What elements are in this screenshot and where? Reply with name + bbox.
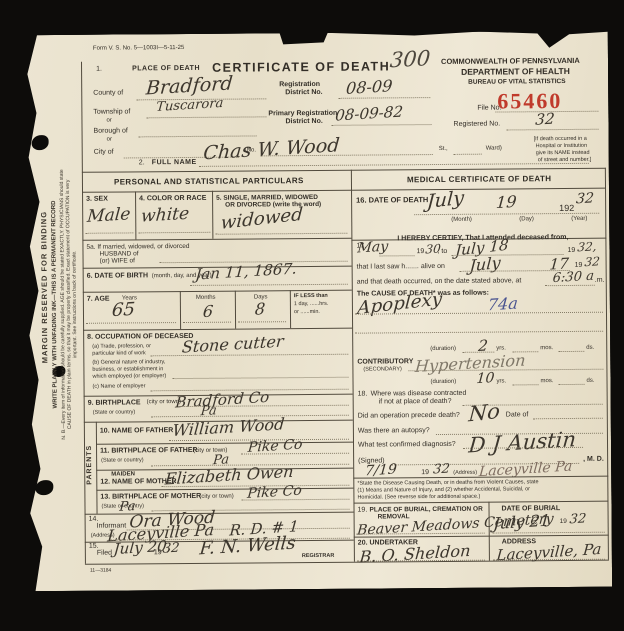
township-value: Tuscarora bbox=[156, 96, 224, 115]
days-cell-line bbox=[238, 320, 286, 322]
row-line bbox=[82, 238, 351, 241]
race-label: 4. COLOR OR RACE bbox=[139, 195, 206, 203]
cause-line-2 bbox=[355, 330, 603, 334]
photo-backdrop: MARGIN RESERVED FOR BINDING WRITE PLAINL… bbox=[0, 0, 624, 631]
if-less-label-2: 1 day, ......hrs. bbox=[294, 301, 328, 307]
item18-number: 18. bbox=[358, 391, 368, 398]
burial-year-value: 32 bbox=[569, 511, 587, 527]
sign-addr-sub: (Address) bbox=[453, 470, 477, 476]
burial-column-line bbox=[488, 502, 489, 561]
commonwealth-line: COMMONWEALTH OF PENNSYLVANIA bbox=[441, 56, 580, 66]
parents-column-line bbox=[96, 422, 98, 514]
lastsaw-year-printed: 19 bbox=[575, 262, 583, 269]
dod-day-value: 19 bbox=[495, 192, 517, 212]
occupation-a-label-2: particular kind of work bbox=[92, 350, 146, 356]
secondary-label: (SECONDARY) bbox=[363, 366, 401, 372]
occupation-b-label-3: which employed (or employer) bbox=[92, 373, 166, 380]
age-label: 7. AGE bbox=[87, 296, 110, 303]
day-sub: (Day) bbox=[519, 216, 534, 222]
mother-bp-city-sub: (city or town) bbox=[199, 494, 233, 500]
mother-birthplace-label: 13. BIRTHPLACE OF MOTHER bbox=[100, 493, 201, 501]
row-line bbox=[96, 488, 353, 491]
contributory-value: Hypertension bbox=[414, 350, 526, 376]
father-bp-state-sub: (State or country) bbox=[101, 457, 144, 463]
or-label-1: or bbox=[106, 118, 111, 124]
age-line bbox=[86, 321, 176, 324]
margin-binding-text: MARGIN RESERVED FOR BINDING bbox=[38, 67, 50, 507]
item5a-number: 5a. bbox=[86, 244, 95, 251]
filed-year-value: 32 bbox=[162, 541, 180, 557]
death-time-line bbox=[545, 284, 595, 286]
contributory-label: CONTRIBUTORY bbox=[357, 358, 413, 365]
dob-label: 6. DATE OF BIRTH bbox=[87, 272, 148, 279]
am-pm-label: .m. bbox=[595, 277, 605, 284]
primary-value: 08-09-82 bbox=[335, 103, 404, 125]
duration-label: (duration) bbox=[430, 346, 456, 352]
item19-number: 19. bbox=[358, 507, 368, 514]
regdist-label-2: District No. bbox=[285, 89, 322, 96]
footnote-line-3: Homicidal. (See reverse side for additio… bbox=[357, 494, 480, 501]
row-line bbox=[96, 442, 353, 445]
hospital-note-2: Hospital or Institution bbox=[536, 143, 587, 149]
full-name-value: Chas W. Wood bbox=[202, 134, 340, 164]
maiden-label: MAIDEN bbox=[111, 471, 135, 477]
place-of-death-label: PLACE OF DEATH bbox=[132, 65, 200, 73]
primary-label-2: District No. bbox=[285, 118, 322, 125]
race-value: white bbox=[140, 204, 190, 227]
occupation-c-label: (c) Name of employer bbox=[93, 383, 146, 389]
section-title-line bbox=[82, 188, 606, 193]
cell-line bbox=[212, 191, 213, 239]
full-name-label: FULL NAME bbox=[152, 159, 197, 166]
father-label: 10. NAME OF FATHER bbox=[100, 427, 173, 435]
occupation-a-line bbox=[150, 353, 348, 357]
father-birthplace-label: 11. BIRTHPLACE OF FATHER bbox=[100, 447, 198, 455]
cell-line bbox=[135, 191, 136, 239]
section-top-line bbox=[82, 168, 606, 173]
item2-number: 2. bbox=[139, 159, 145, 166]
lastsaw-year-value: 32 bbox=[584, 254, 600, 269]
duration2-label: (duration) bbox=[431, 379, 457, 385]
or-label-2: or bbox=[107, 137, 112, 143]
occupation-b-line bbox=[172, 376, 348, 379]
if-less-label-1: IF LESS than bbox=[294, 293, 328, 299]
borough-label: Borough of bbox=[94, 127, 128, 134]
filed-year-printed: 19 bbox=[154, 549, 162, 556]
test-label: What test confirmed diagnosis? bbox=[358, 441, 456, 449]
primary-line bbox=[331, 123, 431, 126]
row-line bbox=[83, 328, 352, 331]
primary-label-1: Primary Registration bbox=[268, 110, 337, 118]
footnote-line-2: (1) Means and Nature of Injury, and (2) … bbox=[357, 486, 530, 493]
month-sub: (Month) bbox=[451, 217, 472, 223]
mos2-label: mos. bbox=[540, 378, 553, 384]
item1-number: 1. bbox=[96, 66, 102, 73]
handwritten-300: 300 bbox=[389, 46, 431, 72]
informant-number: 14. bbox=[89, 516, 99, 523]
if-less-label-3: or ......min. bbox=[294, 309, 320, 315]
to-year-value: 32, bbox=[577, 239, 597, 254]
sign-year-value: 32 bbox=[433, 461, 451, 477]
row-line bbox=[353, 501, 608, 504]
contributory-line bbox=[408, 368, 603, 372]
autopsy-label: Was there an autopsy? bbox=[358, 427, 430, 435]
regdist-label-1: Registration bbox=[279, 81, 320, 88]
county-label: County of bbox=[93, 89, 123, 96]
age-days-value: 8 bbox=[254, 299, 266, 319]
township-label: Township of bbox=[93, 108, 130, 115]
duration2-value: 10 bbox=[476, 370, 495, 387]
dod-line bbox=[414, 212, 599, 215]
sex-line bbox=[85, 231, 133, 233]
physician-signature: D J Austin bbox=[468, 427, 577, 457]
father-value: William Wood bbox=[172, 414, 285, 440]
birthplace-state-sub: (State or country) bbox=[93, 409, 136, 415]
hospital-note-1: [If death occurred in a bbox=[534, 136, 587, 142]
mos-label: mos. bbox=[540, 345, 553, 351]
footer-form-code: 11—3184 bbox=[90, 568, 111, 574]
personal-section-title: PERSONAL AND STATISTICAL PARTICULARS bbox=[114, 176, 304, 186]
cell-line bbox=[290, 290, 291, 328]
registered-no-line bbox=[507, 128, 599, 131]
yrs-label: yrs. bbox=[496, 345, 506, 351]
death-occurred-label: and that death occurred, on the date sta… bbox=[357, 277, 522, 285]
duration2-line-c bbox=[559, 383, 585, 385]
regdist-value: 08-09 bbox=[345, 76, 393, 98]
occupation-label: 8. OCCUPATION OF DECEASED bbox=[87, 333, 193, 341]
sex-label: 3. SEX bbox=[86, 196, 108, 203]
sign-year-printed: 19 bbox=[421, 469, 429, 476]
dob-value: Jan 11, 1867. bbox=[195, 259, 298, 283]
race-line bbox=[138, 231, 210, 234]
age-years-value: 65 bbox=[111, 299, 136, 321]
date-of-death-label: 16. DATE OF DEATH bbox=[356, 195, 428, 205]
registered-no-value: 32 bbox=[535, 110, 556, 129]
ward-label: Ward) bbox=[486, 146, 502, 152]
operation-label: Did an operation precede death? bbox=[358, 412, 460, 420]
wife-label: (or) WIFE of bbox=[100, 257, 135, 264]
regdist-line bbox=[338, 96, 430, 99]
registered-no-label: Registered No. bbox=[453, 121, 500, 128]
registrar-signature: F. N. Wells bbox=[199, 533, 297, 560]
operation-value: No bbox=[468, 399, 501, 426]
full-name-line bbox=[199, 162, 589, 167]
mother-bp-line bbox=[241, 498, 349, 501]
burial-date-line bbox=[493, 531, 605, 534]
st-label: St., bbox=[439, 146, 448, 152]
last-saw-label: that I last saw h....... alive on bbox=[357, 263, 445, 271]
dob-line bbox=[190, 283, 348, 286]
dod-month-value: July bbox=[426, 187, 465, 213]
burial-year-printed: 19 bbox=[560, 518, 567, 525]
city-label: City of bbox=[94, 149, 114, 156]
year-sub: (Year) bbox=[571, 216, 587, 222]
last-saw-month-value: July bbox=[469, 253, 501, 275]
attended-to-line bbox=[452, 253, 564, 256]
age-months-value: 6 bbox=[202, 302, 214, 322]
birthplace-city-value: Bradford Co bbox=[175, 388, 270, 412]
place-of-burial-label-1: PLACE OF BURIAL, CREMATION OR bbox=[370, 506, 483, 514]
months-cell-line bbox=[183, 321, 231, 323]
to-label: , to bbox=[437, 248, 447, 255]
hospital-note-3: give its NAME instead bbox=[536, 150, 590, 156]
married-line-label: If married, widowed, or divorced bbox=[97, 243, 189, 251]
duration-line-c bbox=[558, 350, 584, 352]
occupation-a-label-1: (a) Trade, profession, or bbox=[92, 343, 151, 349]
cell-line bbox=[235, 291, 236, 329]
bureau-line: BUREAU OF VITAL STATISTICS bbox=[468, 78, 565, 86]
certificate-title: CERTIFICATE OF DEATH bbox=[212, 59, 390, 74]
sex-value: Male bbox=[86, 204, 131, 227]
birthplace-label: 9. BIRTHPLACE bbox=[88, 399, 141, 406]
from-year-printed: 19 bbox=[416, 248, 424, 255]
to-year-printed: 19 bbox=[567, 247, 575, 254]
form-number: Form V. S. No. 5—1003I—5-11-25 bbox=[93, 45, 184, 52]
duration2-line-b bbox=[513, 383, 539, 385]
months-label: Months bbox=[196, 295, 216, 301]
disease-contracted-label-2: if not at place of death? bbox=[379, 398, 452, 406]
township-line bbox=[146, 115, 266, 118]
filed-label: Filed bbox=[97, 550, 112, 557]
disease-contracted-label-1: Where was disease contracted bbox=[371, 390, 467, 398]
occupation-b-label-2: business, or establishment in bbox=[92, 366, 163, 373]
ward-line bbox=[454, 153, 482, 155]
operation-date-line bbox=[533, 417, 603, 420]
marital-line bbox=[215, 232, 347, 235]
parents-vertical-label: PARENTS bbox=[86, 420, 94, 510]
birthplace-state-value: Pa bbox=[200, 403, 217, 419]
occupation-b-label-1: (b) General nature of industry, bbox=[92, 359, 165, 366]
department-line: DEPARTMENT OF HEALTH bbox=[461, 66, 570, 77]
ds2-label: ds. bbox=[586, 378, 594, 384]
registrar-label: REGISTRAR bbox=[302, 553, 334, 559]
form-left-border bbox=[81, 62, 86, 564]
burial-date-value: July 21 bbox=[493, 511, 551, 533]
md-label: , M. D. bbox=[583, 456, 604, 463]
medical-section-title: MEDICAL CERTIFICATE OF DEATH bbox=[407, 174, 552, 184]
father-bp-line bbox=[241, 452, 349, 455]
date-of-label: Date of bbox=[506, 411, 529, 418]
cell-line bbox=[180, 291, 181, 329]
ds-label: ds. bbox=[586, 345, 594, 351]
dod-year-value: 32 bbox=[575, 190, 594, 207]
attended-from-line bbox=[380, 254, 415, 256]
yrs2-label: yrs. bbox=[497, 378, 507, 384]
borough-line bbox=[139, 134, 257, 137]
